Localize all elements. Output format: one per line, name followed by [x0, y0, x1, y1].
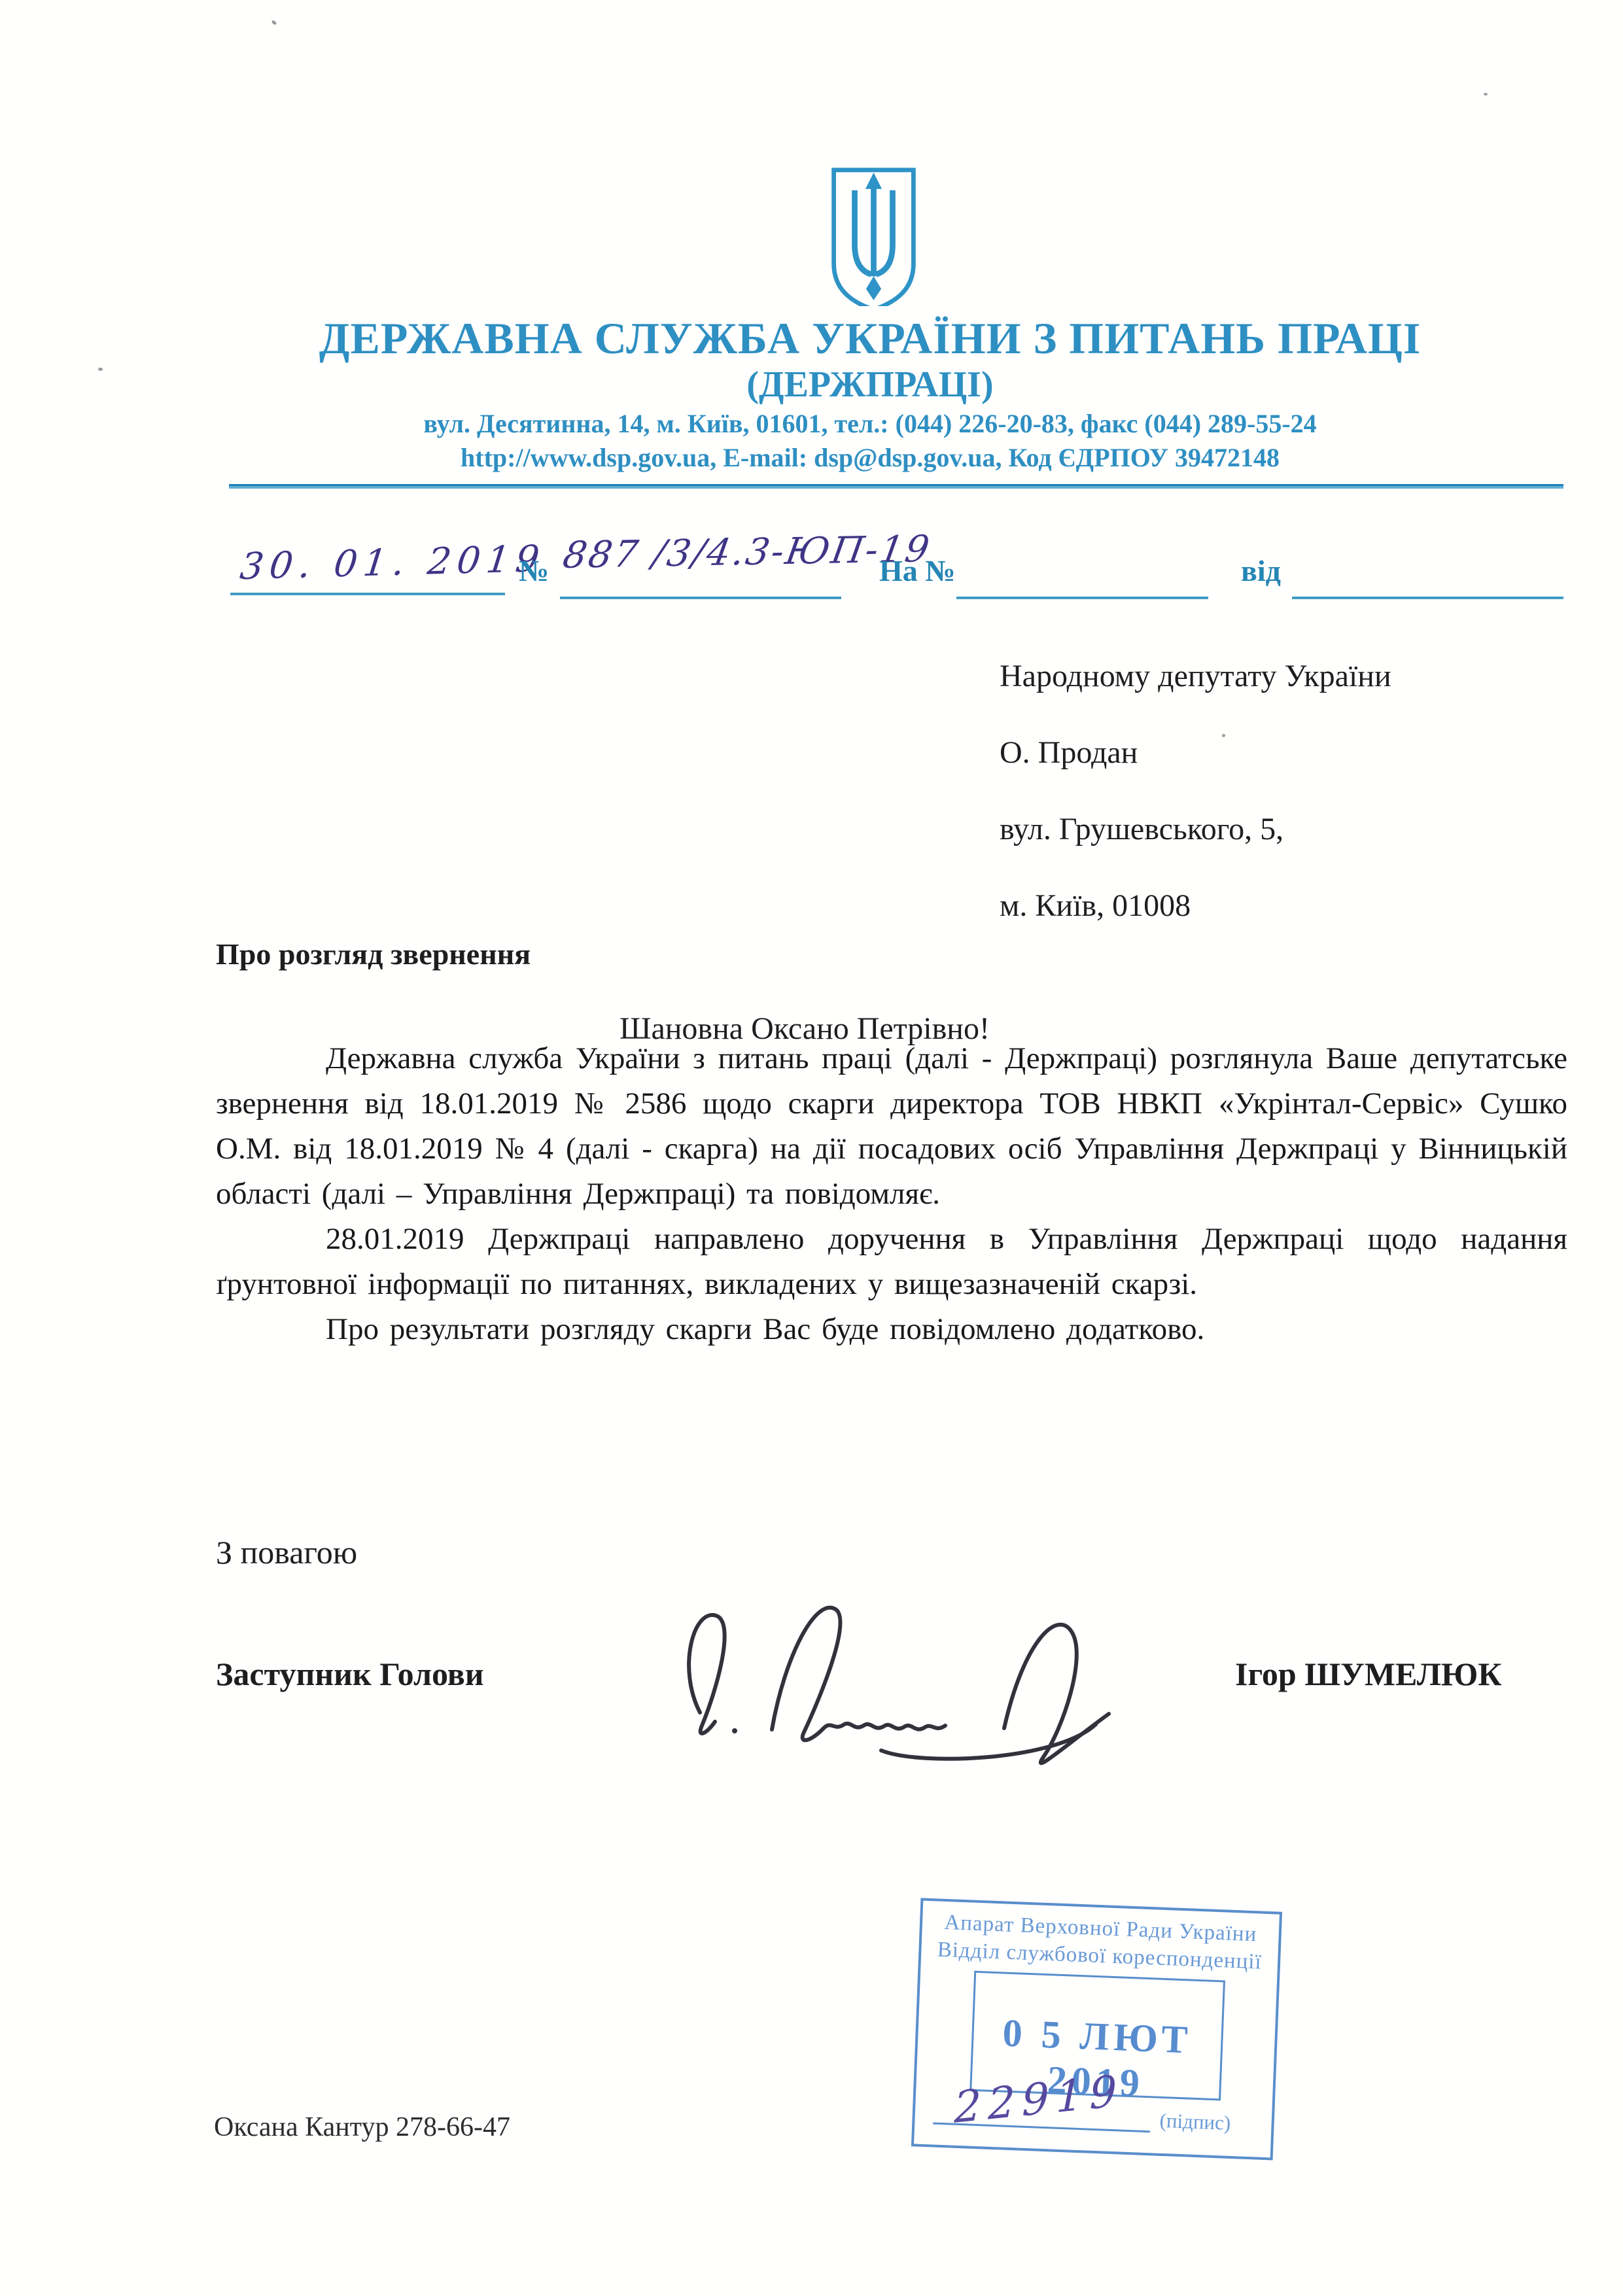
recipient-line: О. Продан	[1000, 714, 1575, 791]
letterhead-divider	[229, 484, 1563, 489]
registration-stamp: Апарат Верховної Ради України Відділ слу…	[911, 1898, 1282, 2161]
org-address-line: вул. Десятинна, 14, м. Київ, 01601, тел.…	[118, 408, 1622, 439]
stamp-signature-label: (підпис)	[1159, 2109, 1231, 2135]
scan-speck	[1222, 734, 1225, 737]
body-paragraph: Про результати розгляду скарги Вас буде …	[216, 1307, 1567, 1352]
recipient-line: м. Київ, 01008	[1000, 867, 1575, 944]
outgoing-date-handwritten: 30. 01. 2019	[238, 538, 548, 588]
org-web-line: http://www.dsp.gov.ua, E-mail: dsp@dsp.g…	[118, 442, 1622, 473]
incoming-number-label: На №	[879, 553, 956, 588]
date-underline	[230, 593, 505, 595]
org-short-name: (ДЕРЖПРАЦІ)	[118, 364, 1622, 406]
scan-speck	[98, 368, 103, 371]
closing-regards: З повагою	[216, 1533, 357, 1571]
scanned-letter-page: ДЕРЖАВНА СЛУЖБА УКРАЇНИ З ПИТАНЬ ПРАЦІ (…	[0, 0, 1623, 2296]
executor-contact: Оксана Кантур 278-66-47	[214, 2112, 510, 2143]
signature-handwritten	[638, 1557, 1200, 1799]
signer-name: Ігор ШУМЕЛЮК	[1235, 1655, 1502, 1693]
incoming-date-underline	[1292, 597, 1563, 599]
recipient-line: вул. Грушевського, 5,	[1000, 791, 1575, 867]
body-paragraph: 28.01.2019 Держпраці направлено дорученн…	[216, 1217, 1567, 1307]
recipient-line: Народному депутату України	[1000, 638, 1575, 714]
incoming-date-label: від	[1241, 553, 1281, 588]
ukraine-trident-icon	[826, 164, 921, 306]
number-underline	[560, 597, 841, 599]
signer-position: Заступник Голови	[216, 1655, 484, 1693]
org-name: ДЕРЖАВНА СЛУЖБА УКРАЇНИ З ПИТАНЬ ПРАЦІ	[118, 313, 1622, 364]
number-label: №	[519, 553, 549, 588]
recipient-block: Народному депутату України О. Продан вул…	[1000, 638, 1575, 944]
scan-speck	[271, 20, 277, 26]
subject-line: Про розгляд звернення	[216, 937, 531, 971]
outgoing-number-handwritten: 887 /3/4.3-ЮП-19	[560, 528, 934, 577]
body-paragraph: Державна служба України з питань праці (…	[216, 1036, 1567, 1217]
incoming-number-underline	[956, 597, 1208, 599]
letter-body: Державна служба України з питань праці (…	[216, 1036, 1567, 1352]
scan-speck	[1484, 93, 1488, 96]
